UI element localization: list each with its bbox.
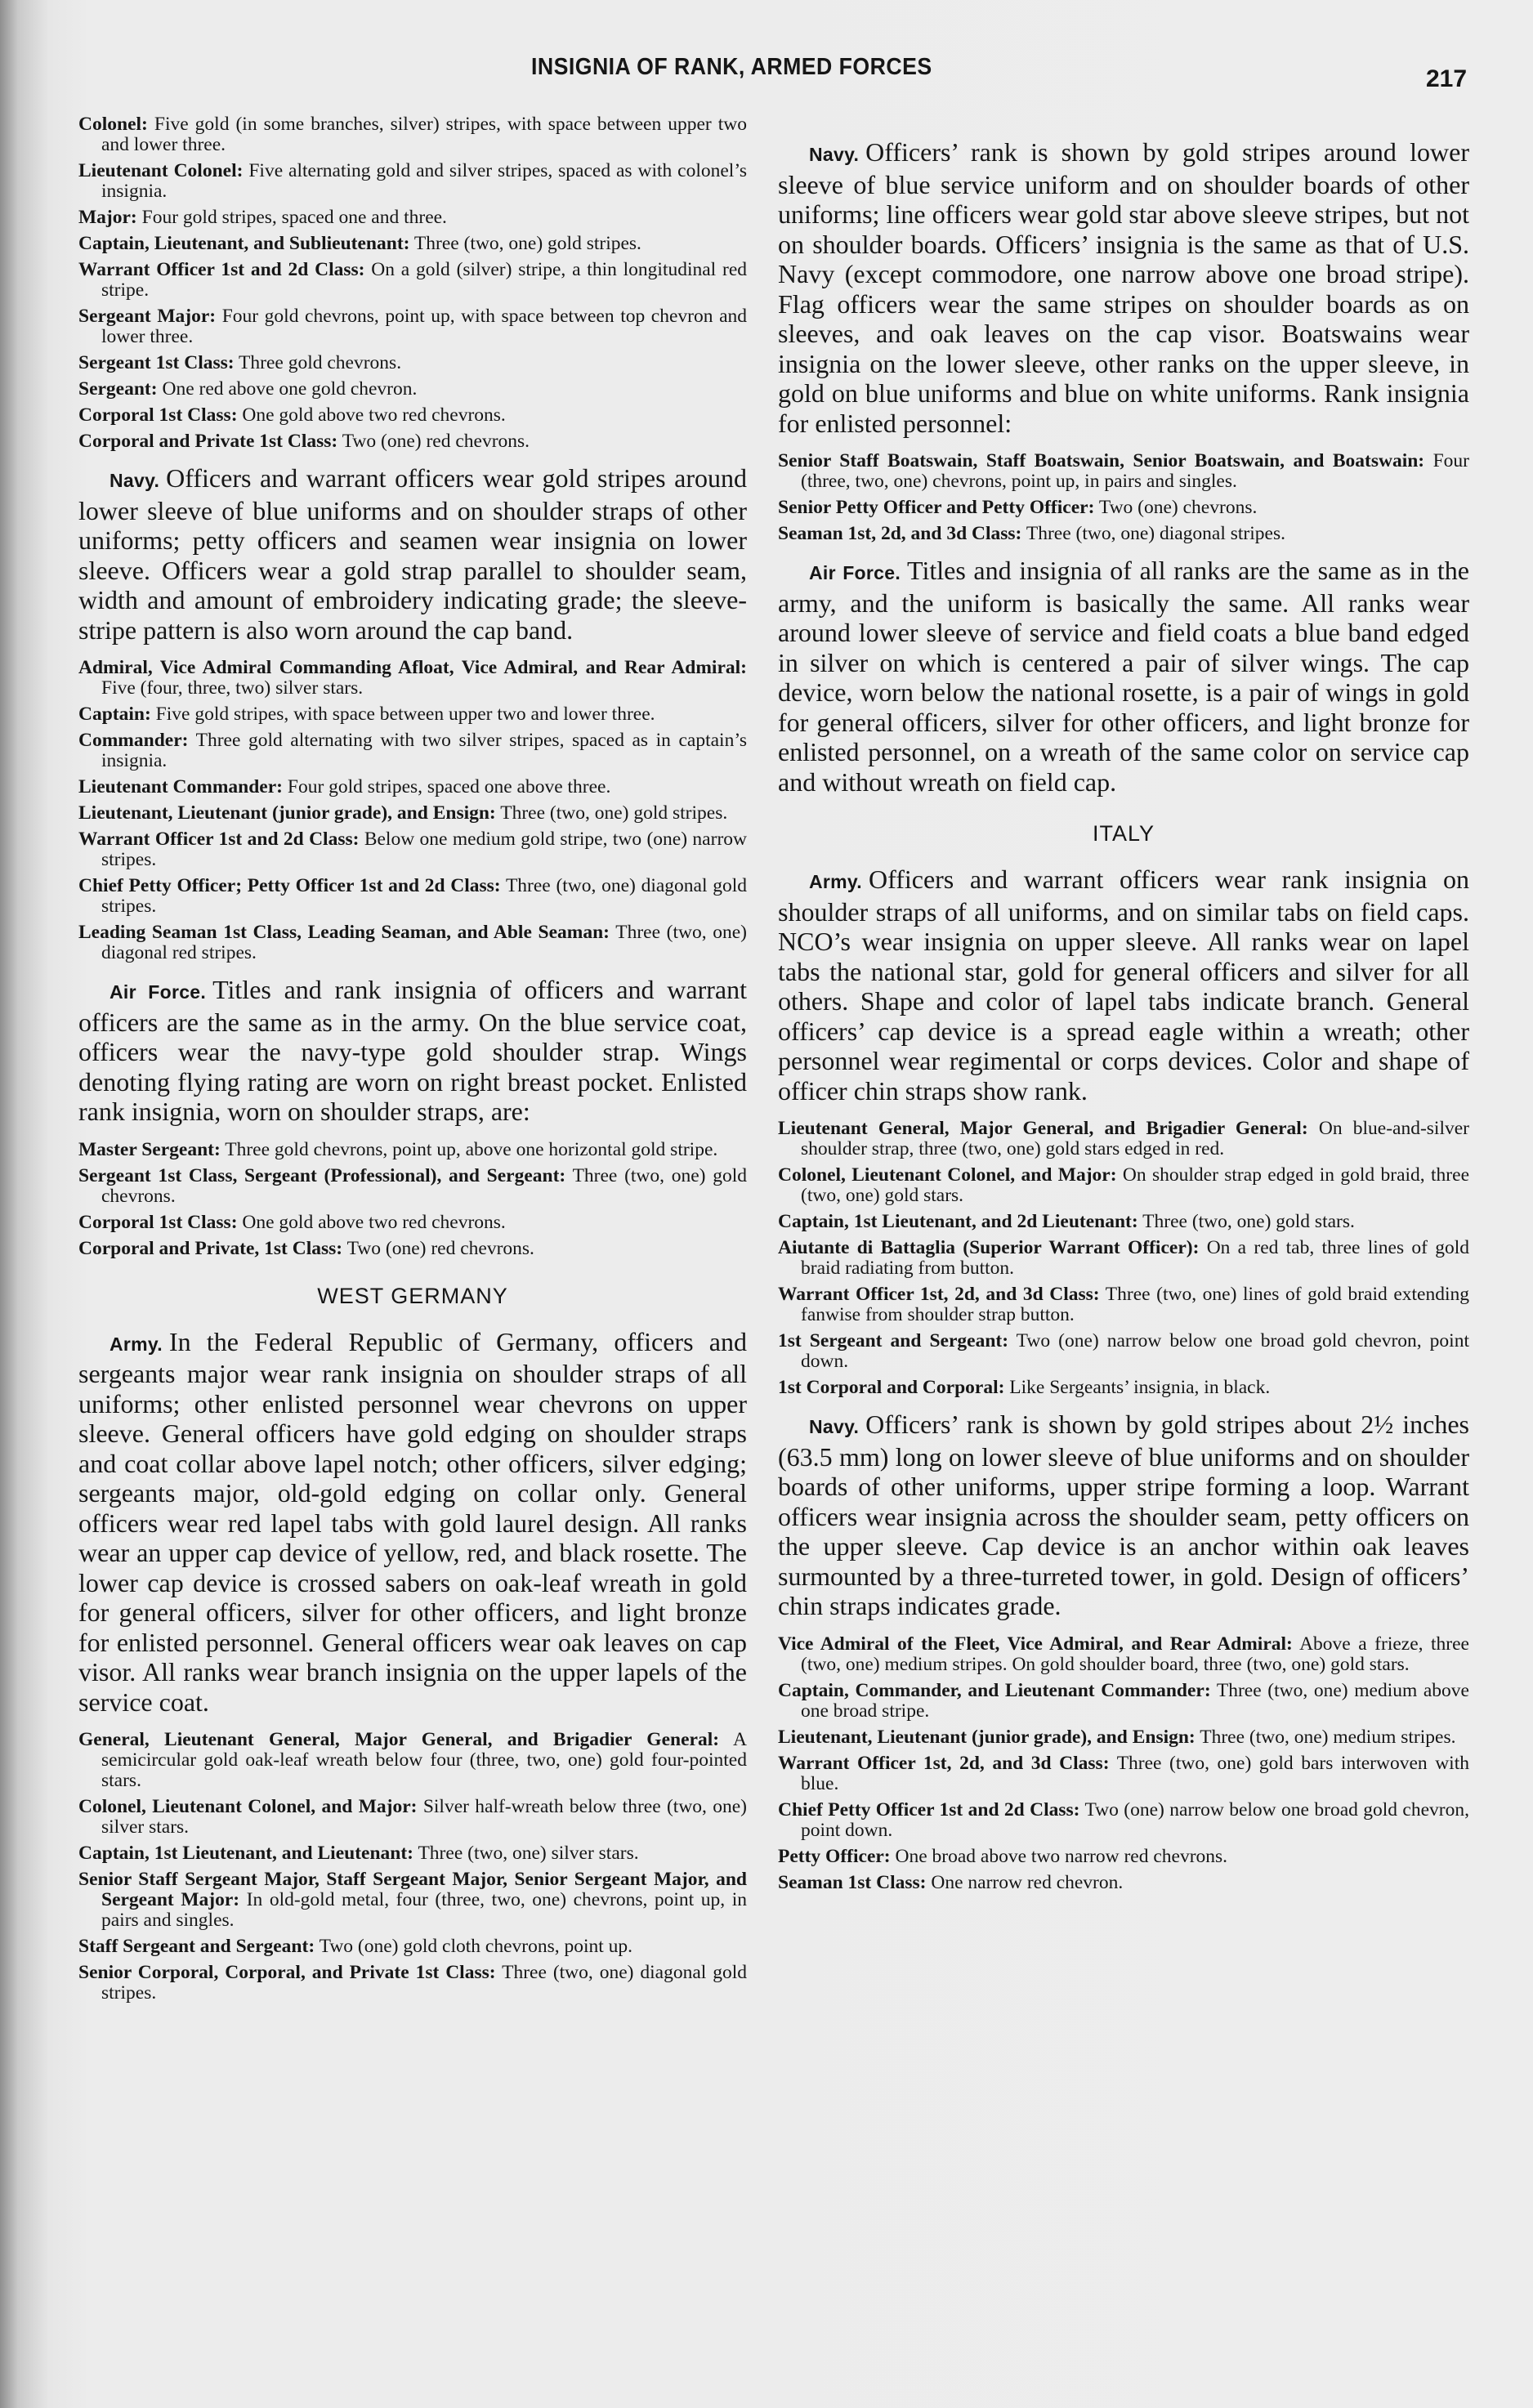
rank-term: 1st Corporal and Corporal: <box>778 1377 1004 1398</box>
rank-term: Lieutenant Commander: <box>78 776 283 797</box>
branch-lead: Army. <box>109 1334 163 1355</box>
rank-term: Chief Petty Officer; Petty Officer 1st a… <box>78 875 501 896</box>
rank-term: Warrant Officer 1st and 2d Class: <box>78 259 365 280</box>
rank-term: Captain, 1st Lieutenant, and 2d Lieutena… <box>778 1211 1138 1232</box>
branch-lead: Navy. <box>809 1416 859 1437</box>
rank-entry: Captain, Lieutenant, and Sublieutenant: … <box>78 234 747 254</box>
rank-description: Four gold stripes, spaced one and three. <box>142 207 447 228</box>
navy-paragraph: Navy.Officers’ rank is shown by gold str… <box>778 137 1469 438</box>
rank-entry: 1st Sergeant and Sergeant: Two (one) nar… <box>778 1331 1469 1372</box>
rank-description: Three gold alternating with two silver s… <box>101 730 747 771</box>
rank-term: Sergeant Major: <box>78 306 216 327</box>
rank-term: Lieutenant General, Major General, and B… <box>778 1118 1308 1139</box>
rank-term: Commander: <box>78 730 188 751</box>
paragraph-text: Officers and warrant officers wear rank … <box>778 864 1469 1106</box>
rank-term: Warrant Officer 1st and 2d Class: <box>78 829 359 850</box>
rank-entry: Captain, 1st Lieutenant, and 2d Lieutena… <box>778 1212 1469 1232</box>
paragraph-text: Titles and insignia of all ranks are the… <box>778 556 1469 797</box>
navy-rank-list: Admiral, Vice Admiral Commanding Afloat,… <box>78 658 747 963</box>
rank-entry: Captain, Commander, and Lieutenant Comma… <box>778 1681 1469 1722</box>
running-title: INSIGNIA OF RANK, ARMED FORCES <box>531 54 932 81</box>
rank-term: Captain, Commander, and Lieutenant Comma… <box>778 1680 1211 1701</box>
rank-description: Three gold chevrons, point up, above one… <box>225 1139 717 1160</box>
rank-term: Vice Admiral of the Fleet, Vice Admiral,… <box>778 1633 1293 1655</box>
rank-description: Four gold stripes, spaced one above thre… <box>288 776 610 797</box>
rank-description: Five (four, three, two) silver stars. <box>101 677 363 699</box>
rank-description: Three (two, one) gold stripes. <box>414 233 641 254</box>
navy-paragraph: Navy.Officers and warrant officers wear … <box>78 463 747 645</box>
rank-term: Corporal and Private 1st Class: <box>78 431 337 452</box>
rank-entry: Seaman 1st, 2d, and 3d Class: Three (two… <box>778 524 1469 544</box>
branch-lead: Air Force. <box>109 981 206 1003</box>
rank-term: Lieutenant Colonel: <box>78 160 243 181</box>
rank-description: One red above one gold chevron. <box>162 378 417 400</box>
rank-entry: Seaman 1st Class: One narrow red chevron… <box>778 1873 1469 1893</box>
rank-entry: Petty Officer: One broad above two narro… <box>778 1847 1469 1867</box>
rank-entry: Lieutenant, Lieutenant (junior grade), a… <box>78 803 747 824</box>
rank-entry: Lieutenant General, Major General, and B… <box>778 1119 1469 1159</box>
rank-entry: Warrant Officer 1st, 2d, and 3d Class: T… <box>778 1754 1469 1794</box>
rank-term: Colonel, Lieutenant Colonel, and Major: <box>78 1796 417 1817</box>
rank-term: Seaman 1st Class: <box>778 1872 926 1893</box>
rank-entry: Chief Petty Officer 1st and 2d Class: Tw… <box>778 1800 1469 1841</box>
italy-navy-rank-list: Vice Admiral of the Fleet, Vice Admiral,… <box>778 1634 1469 1893</box>
rank-entry: Senior Corporal, Corporal, and Private 1… <box>78 1963 747 2004</box>
rank-entry: Sergeant 1st Class: Three gold chevrons. <box>78 353 747 373</box>
rank-entry: Sergeant 1st Class, Sergeant (Profession… <box>78 1166 747 1207</box>
rank-entry: Lieutenant, Lieutenant (junior grade), a… <box>778 1727 1469 1748</box>
rank-entry: Corporal and Private 1st Class: Two (one… <box>78 431 747 452</box>
rank-entry: Lieutenant Commander: Four gold stripes,… <box>78 777 747 797</box>
page-number: 217 <box>1426 65 1467 93</box>
rank-description: Three (two, one) silver stars. <box>418 1843 638 1864</box>
rank-entry: Major: Four gold stripes, spaced one and… <box>78 208 747 228</box>
rank-description: Five gold stripes, with space between up… <box>156 704 655 725</box>
rank-entry: Senior Staff Sergeant Major, Staff Serge… <box>78 1870 747 1931</box>
section-heading-italy: ITALY <box>778 821 1469 847</box>
rank-term: Sergeant 1st Class, Sergeant (Profession… <box>78 1165 565 1186</box>
rank-entry: Corporal 1st Class: One gold above two r… <box>78 1213 747 1233</box>
rank-term: Master Sergeant: <box>78 1139 221 1160</box>
rank-term: Senior Petty Officer and Petty Officer: <box>778 497 1094 518</box>
rank-entry: Commander: Three gold alternating with t… <box>78 730 747 771</box>
army-rank-list: Colonel: Five gold (in some branches, si… <box>78 114 747 452</box>
air-force-paragraph: Air Force.Titles and rank insignia of of… <box>78 975 747 1127</box>
rank-description: Five gold (in some branches, silver) str… <box>101 114 747 155</box>
rank-term: Sergeant 1st Class: <box>78 352 235 373</box>
rank-term: Staff Sergeant and Sergeant: <box>78 1936 315 1957</box>
rank-entry: Leading Seaman 1st Class, Leading Seaman… <box>78 923 747 963</box>
rank-term: Aiutante di Battaglia (Superior Warrant … <box>778 1237 1199 1258</box>
rank-entry: Staff Sergeant and Sergeant: Two (one) g… <box>78 1937 747 1957</box>
rank-term: Petty Officer: <box>778 1846 891 1867</box>
rank-entry: Corporal 1st Class: One gold above two r… <box>78 405 747 426</box>
italy-army-rank-list: Lieutenant General, Major General, and B… <box>778 1119 1469 1398</box>
rank-entry: Captain: Five gold stripes, with space b… <box>78 704 747 725</box>
rank-term: Chief Petty Officer 1st and 2d Class: <box>778 1799 1080 1821</box>
paragraph-text: In the Federal Republic of Germany, offi… <box>78 1327 747 1717</box>
rank-entry: Master Sergeant: Three gold chevrons, po… <box>78 1140 747 1160</box>
rank-term: General, Lieutenant General, Major Gener… <box>78 1729 719 1750</box>
rank-entry: Lieutenant Colonel: Five alternating gol… <box>78 161 747 202</box>
rank-term: Senior Corporal, Corporal, and Private 1… <box>78 1962 496 1983</box>
right-column: Navy.Officers’ rank is shown by gold str… <box>778 137 1469 1899</box>
rank-entry: Warrant Officer 1st and 2d Class: On a g… <box>78 260 747 301</box>
rank-entry: Corporal and Private, 1st Class: Two (on… <box>78 1239 747 1259</box>
rank-description: Three (two, one) diagonal stripes. <box>1026 523 1285 544</box>
rank-description: Two (one) red chevrons. <box>342 431 530 452</box>
rank-description: Like Sergeants’ insignia, in black. <box>1009 1377 1270 1398</box>
west-germany-army-rank-list: General, Lieutenant General, Major Gener… <box>78 1730 747 2004</box>
rank-entry: Captain, 1st Lieutenant, and Lieutenant:… <box>78 1843 747 1864</box>
rank-term: Captain, Lieutenant, and Sublieutenant: <box>78 233 409 254</box>
rank-entry: Colonel, Lieutenant Colonel, and Major: … <box>778 1165 1469 1206</box>
rank-entry: Senior Staff Boatswain, Staff Boatswain,… <box>778 451 1469 492</box>
italy-army-paragraph: Army.Officers and warrant officers wear … <box>778 864 1469 1106</box>
west-germany-army-paragraph: Army.In the Federal Republic of Germany,… <box>78 1327 747 1718</box>
rank-description: Two (one) red chevrons. <box>347 1238 534 1259</box>
rank-description: One gold above two red chevrons. <box>242 1212 505 1233</box>
rank-entry: Warrant Officer 1st and 2d Class: Below … <box>78 829 747 870</box>
rank-term: Corporal 1st Class: <box>78 1212 238 1233</box>
rank-description: Three (two, one) medium stripes. <box>1200 1727 1455 1748</box>
rank-entry: Chief Petty Officer; Petty Officer 1st a… <box>78 876 747 917</box>
rank-entry: Sergeant Major: Four gold chevrons, poin… <box>78 306 747 347</box>
rank-term: Lieutenant, Lieutenant (junior grade), a… <box>778 1727 1196 1748</box>
rank-description: One broad above two narrow red chevrons. <box>896 1846 1228 1867</box>
rank-term: Leading Seaman 1st Class, Leading Seaman… <box>78 922 610 943</box>
rank-term: Warrant Officer 1st, 2d, and 3d Class: <box>778 1753 1110 1774</box>
rank-description: Three gold chevrons. <box>239 352 401 373</box>
rank-entry: General, Lieutenant General, Major Gener… <box>78 1730 747 1791</box>
rank-term: Lieutenant, Lieutenant (junior grade), a… <box>78 802 496 824</box>
rank-term: Major: <box>78 207 137 228</box>
rank-description: One narrow red chevron. <box>931 1872 1123 1893</box>
rank-description: Two (one) chevrons. <box>1099 497 1257 518</box>
rank-entry: Colonel: Five gold (in some branches, si… <box>78 114 747 155</box>
italy-navy-paragraph: Navy.Officers’ rank is shown by gold str… <box>778 1410 1469 1621</box>
branch-lead: Army. <box>809 871 862 892</box>
rank-description: Three (two, one) gold stars. <box>1142 1211 1355 1232</box>
page-header: INSIGNIA OF RANK, ARMED FORCES 217 <box>0 51 1533 92</box>
rank-term: Corporal and Private, 1st Class: <box>78 1238 342 1259</box>
branch-lead: Navy. <box>809 144 859 165</box>
branch-lead: Air Force. <box>809 562 901 583</box>
rank-term: Colonel, Lieutenant Colonel, and Major: <box>778 1164 1117 1186</box>
navy-rank-list: Senior Staff Boatswain, Staff Boatswain,… <box>778 451 1469 544</box>
rank-entry: Colonel, Lieutenant Colonel, and Major: … <box>78 1797 747 1838</box>
paragraph-text: Officers’ rank is shown by gold stripes … <box>778 137 1469 438</box>
rank-term: Captain: <box>78 704 151 725</box>
rank-term: Seaman 1st, 2d, and 3d Class: <box>778 523 1021 544</box>
rank-entry: 1st Corporal and Corporal: Like Sergeant… <box>778 1378 1469 1398</box>
rank-entry: Senior Petty Officer and Petty Officer: … <box>778 498 1469 518</box>
rank-description: Three (two, one) gold stripes. <box>500 802 727 824</box>
paragraph-text: Officers’ rank is shown by gold stripes … <box>778 1410 1469 1620</box>
rank-description: Two (one) gold cloth chevrons, point up. <box>320 1936 632 1957</box>
paragraph-text: Officers and warrant officers wear gold … <box>78 463 747 645</box>
rank-term: Sergeant: <box>78 378 158 400</box>
rank-entry: Aiutante di Battaglia (Superior Warrant … <box>778 1238 1469 1279</box>
rank-term: Senior Staff Boatswain, Staff Boatswain,… <box>778 450 1424 471</box>
rank-entry: Warrant Officer 1st, 2d, and 3d Class: T… <box>778 1284 1469 1325</box>
rank-entry: Admiral, Vice Admiral Commanding Afloat,… <box>78 658 747 699</box>
rank-description: One gold above two red chevrons. <box>242 404 505 426</box>
air-force-paragraph: Air Force.Titles and insignia of all ran… <box>778 556 1469 797</box>
rank-term: Colonel: <box>78 114 148 135</box>
left-column: Colonel: Five gold (in some branches, si… <box>78 114 747 2009</box>
rank-term: Admiral, Vice Admiral Commanding Afloat,… <box>78 657 747 678</box>
rank-term: Captain, 1st Lieutenant, and Lieutenant: <box>78 1843 413 1864</box>
branch-lead: Navy. <box>109 470 159 491</box>
rank-entry: Vice Admiral of the Fleet, Vice Admiral,… <box>778 1634 1469 1675</box>
section-heading-west-germany: WEST GERMANY <box>78 1284 747 1309</box>
air-force-rank-list: Master Sergeant: Three gold chevrons, po… <box>78 1140 747 1259</box>
rank-term: 1st Sergeant and Sergeant: <box>778 1330 1008 1351</box>
rank-term: Corporal 1st Class: <box>78 404 238 426</box>
rank-term: Warrant Officer 1st, 2d, and 3d Class: <box>778 1284 1100 1305</box>
rank-entry: Sergeant: One red above one gold chevron… <box>78 379 747 400</box>
